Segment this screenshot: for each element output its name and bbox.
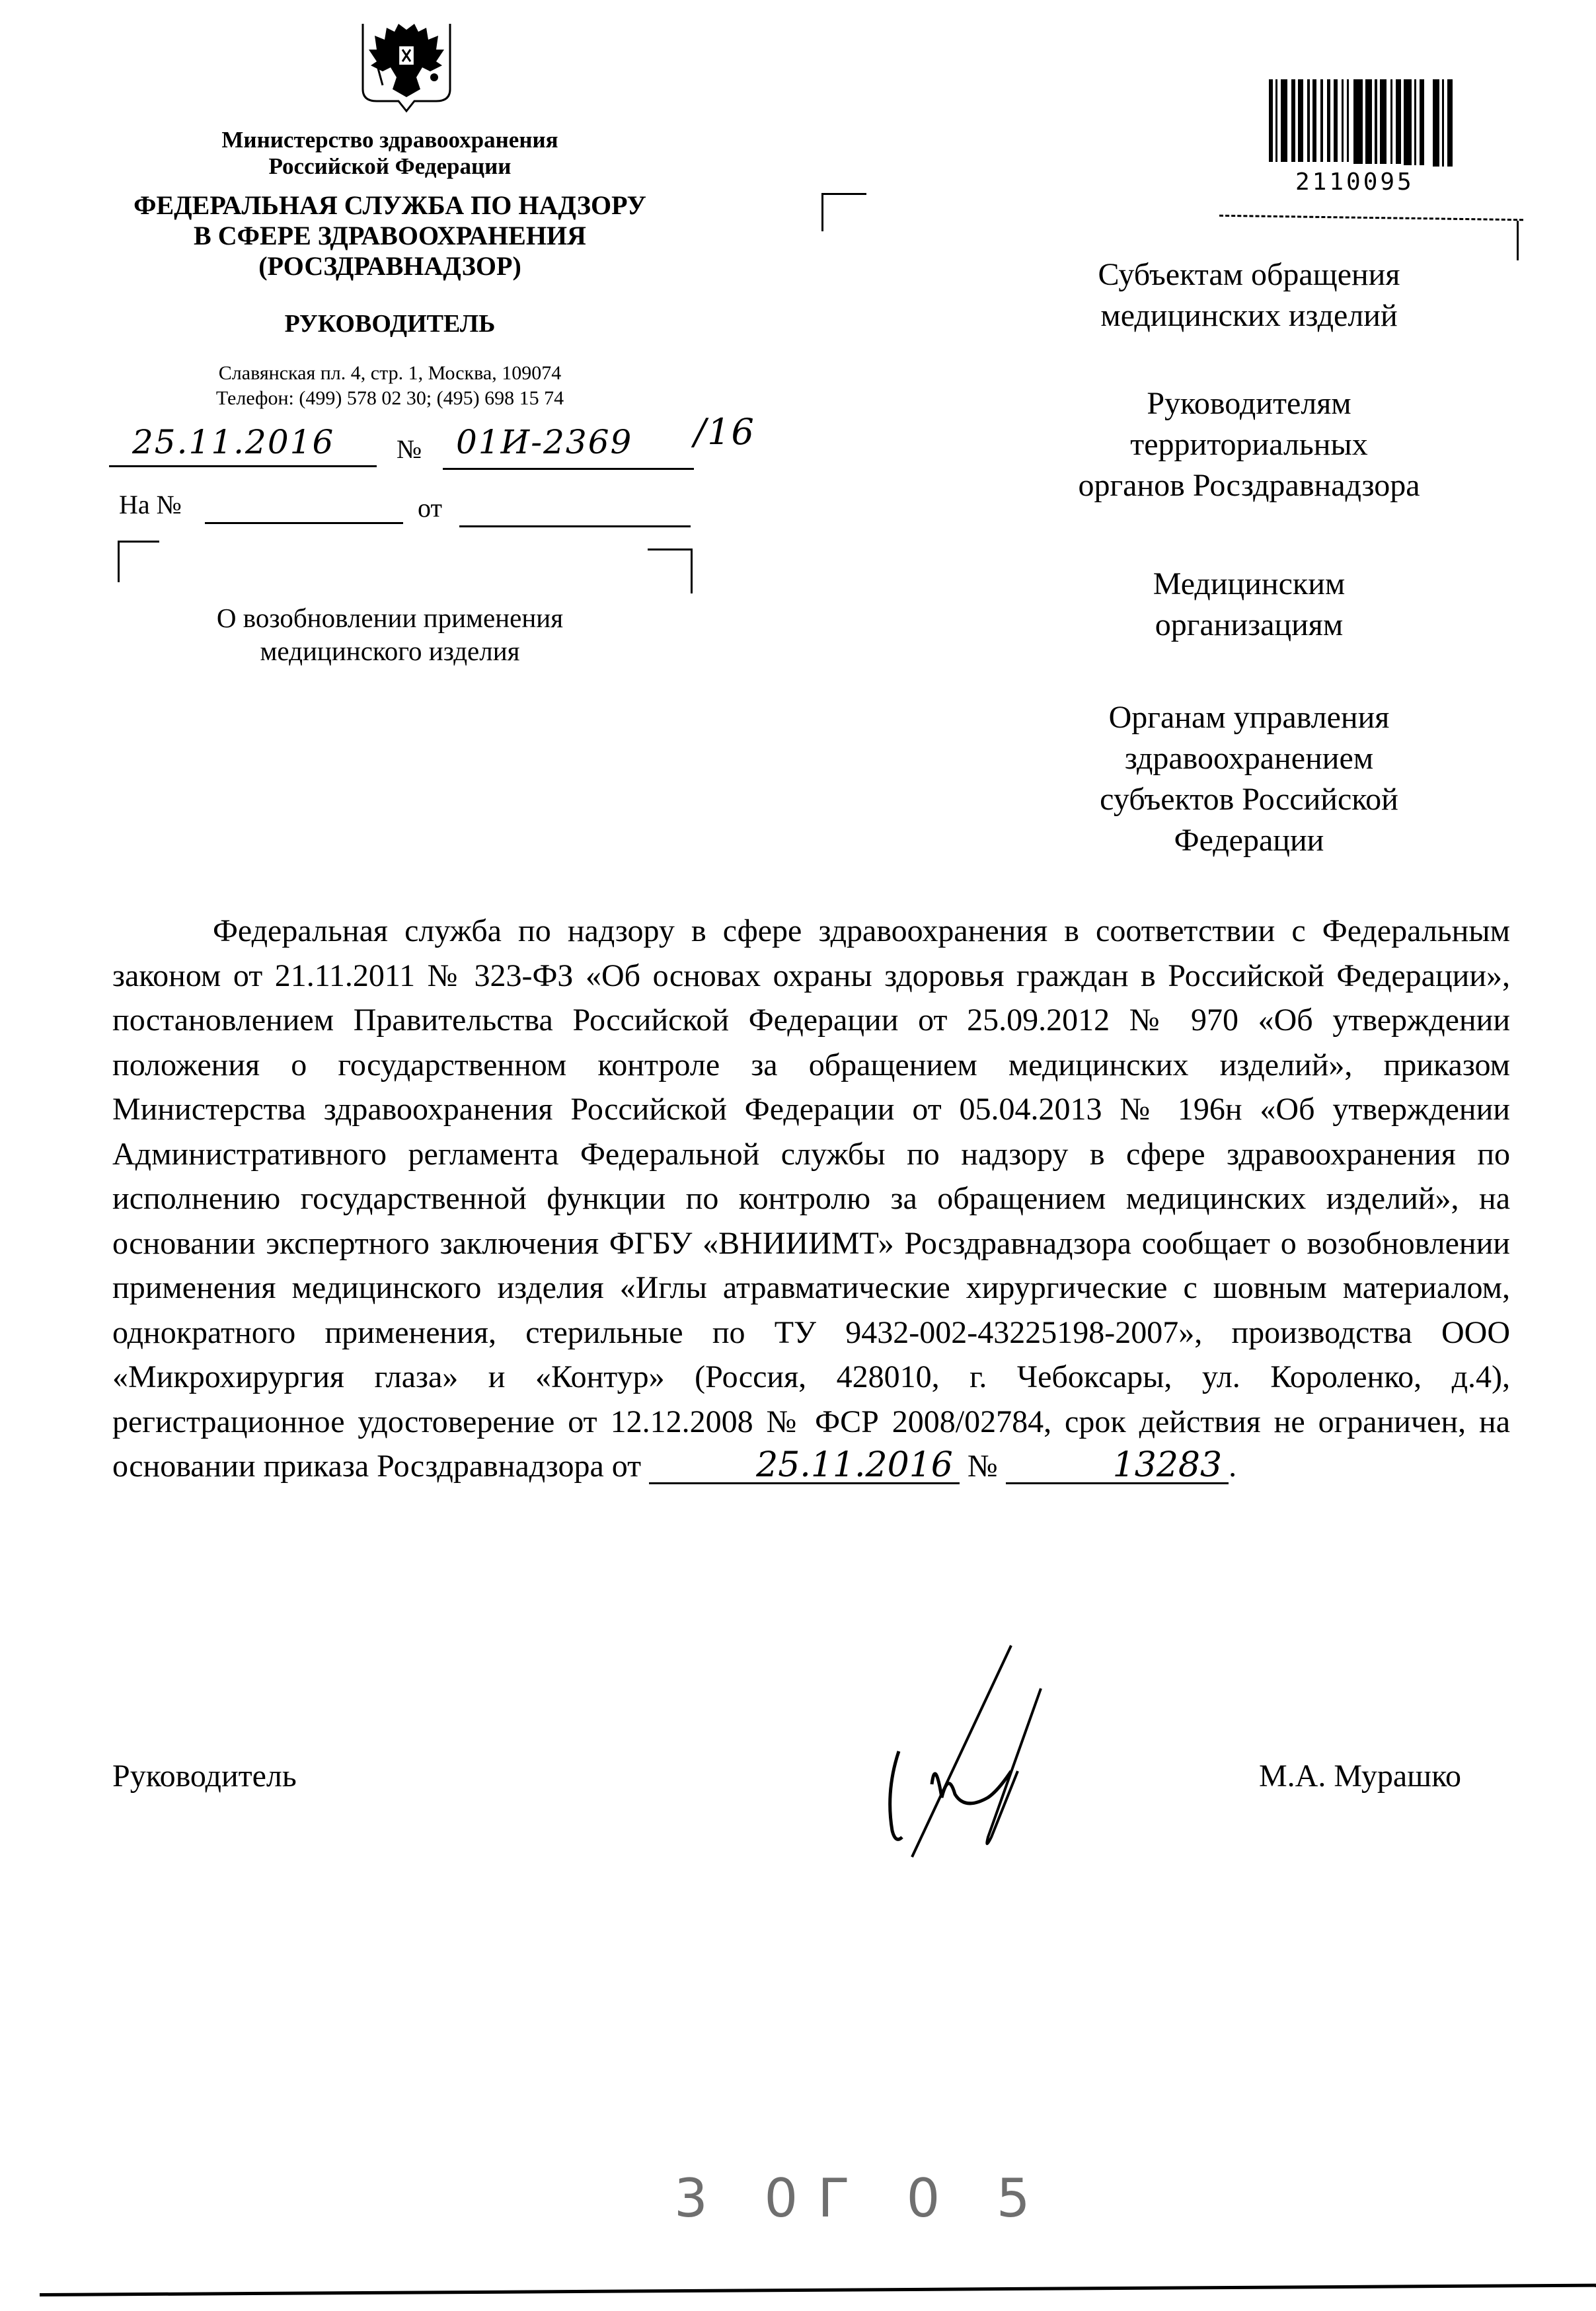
subject-line-1: О возобновлении применения	[99, 601, 681, 634]
ministry-line-2: Российской Федерации	[99, 153, 681, 180]
addressee-line: субъектов Российской	[978, 779, 1520, 820]
faded-stamp: 3 0Г 0 5	[674, 2168, 1050, 2229]
end-punctuation: .	[1229, 1449, 1236, 1484]
coat-of-arms-icon	[354, 20, 459, 119]
letter-subject: О возобновлении применения медицинского …	[99, 601, 681, 667]
registration-number: 01И-2369	[456, 423, 632, 461]
reference-number-field	[205, 522, 403, 524]
address-block: Славянская пл. 4, стр. 1, Москва, 109074…	[99, 361, 681, 411]
registration-number-suffix: /16	[694, 411, 755, 453]
addressee-line: здравоохранением	[978, 738, 1520, 779]
service-line-1: ФЕДЕРАЛЬНАЯ СЛУЖБА ПО НАДЗОРУ	[99, 190, 681, 221]
addressee-territorial-heads: Руководителям территориальных органов Ро…	[978, 383, 1520, 506]
addressee-health-authorities: Органам управления здравоохранением субъ…	[978, 697, 1520, 861]
signatory-title: Руководитель	[112, 1758, 297, 1794]
barcode-number: 2110095	[1295, 169, 1414, 196]
handwritten-signature-icon	[879, 1639, 1117, 1864]
registration-date: 25.11.2016	[132, 423, 334, 461]
order-date: 25.11.2016	[649, 1448, 960, 1484]
subject-line-2: медицинского изделия	[99, 634, 681, 667]
number-label: №	[397, 434, 422, 465]
addressee-line: органов Росздравнадзора	[978, 465, 1520, 506]
ministry-name: Министерство здравоохранения Российской …	[99, 127, 681, 180]
addressee-line: Руководителям	[978, 383, 1520, 424]
addressee-line: Федерации	[978, 820, 1520, 861]
reference-from-label: от	[418, 492, 442, 523]
number-suffix: 16	[707, 411, 755, 453]
addressee-line: медицинских изделий	[978, 295, 1520, 336]
date-underline	[109, 465, 377, 467]
service-line-2: В СФЕРЕ ЗДРАВООХРАНЕНИЯ	[99, 221, 681, 251]
addressee-bracket	[821, 193, 866, 231]
addressee-line: Медицинским	[978, 564, 1520, 605]
page-bottom-edge	[40, 2284, 1596, 2296]
phone: Телефон: (499) 578 02 30; (495) 698 15 7…	[99, 386, 681, 411]
body-text: Федеральная служба по надзору в сфере зд…	[112, 913, 1510, 1484]
addressee-line: Органам управления	[978, 697, 1520, 738]
bracket-top-right	[648, 549, 693, 593]
order-number-label: №	[968, 1449, 998, 1484]
addressee-dashed-line	[1219, 215, 1523, 221]
number-underline	[443, 468, 694, 470]
ministry-line-1: Министерство здравоохранения	[99, 127, 681, 153]
addressee-medical-organizations: Медицинским организациям	[978, 564, 1520, 646]
addressee-medical-device-subjects: Субъектам обращения медицинских изделий	[978, 254, 1520, 336]
service-line-3: (РОСЗДРАВНАДЗОР)	[99, 251, 681, 282]
service-name: ФЕДЕРАЛЬНАЯ СЛУЖБА ПО НАДЗОРУ В СФЕРЕ ЗД…	[99, 190, 681, 282]
reference-from-field	[459, 525, 691, 527]
signatory-name: М.А. Мурашко	[1259, 1758, 1461, 1794]
address: Славянская пл. 4, стр. 1, Москва, 109074	[99, 361, 681, 386]
body-paragraph: Федеральная служба по надзору в сфере зд…	[112, 909, 1510, 1489]
reference-number-label: На №	[119, 489, 182, 520]
order-number: 13283	[1006, 1448, 1229, 1484]
addressee-line: Субъектам обращения	[978, 254, 1520, 295]
letter-body: Федеральная служба по надзору в сфере зд…	[112, 909, 1510, 1489]
addressee-line: территориальных	[978, 424, 1520, 465]
position-title: РУКОВОДИТЕЛЬ	[99, 309, 681, 338]
bracket-top-left	[118, 541, 159, 582]
addressee-line: организациям	[978, 605, 1520, 646]
barcode-icon	[1269, 79, 1467, 169]
